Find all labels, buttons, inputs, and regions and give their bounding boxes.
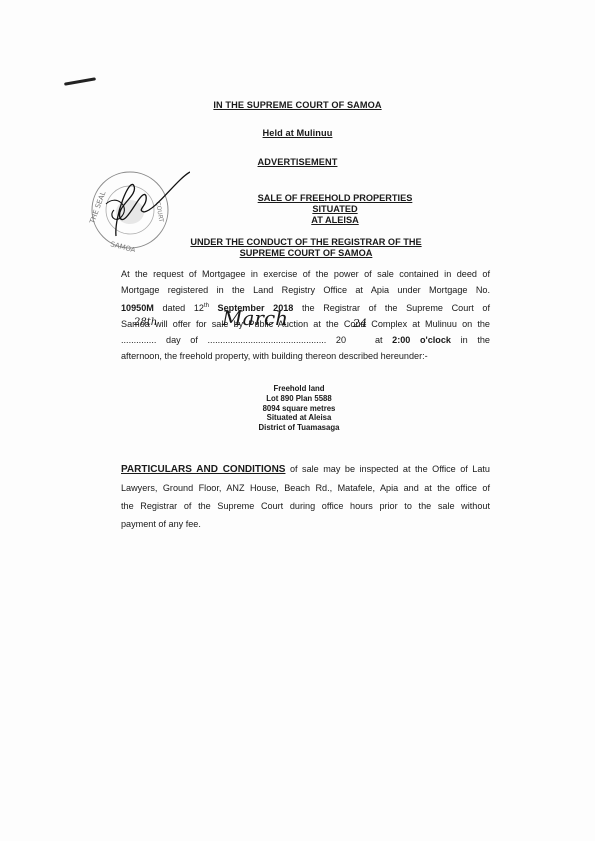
day-of-text: day of [156,335,207,345]
mortgage-number: 10950M [121,303,154,313]
intro-line1: At the request of Mortgagee in exercise … [121,266,490,282]
document-page: IN THE SUPREME COURT OF SAMOA Held at Mu… [0,0,595,841]
conduct-line2: SUPREME COURT OF SAMOA [178,248,434,259]
particulars-line3: the Registrar of the Supreme Court durin… [121,497,490,515]
particulars-line4: payment of any fee. [121,515,490,533]
svg-text:SAMOA: SAMOA [109,240,136,252]
held-at: Held at Mulinuu [0,128,595,138]
sale-title-line2: AT ALEISA [250,215,420,226]
day-blank: .............. [121,335,156,345]
property-line: Situated at Aleisa [240,413,358,423]
handwritten-day: 28th [134,317,157,328]
conduct-line1: UNDER THE CONDUCT OF THE REGISTRAR OF TH… [178,237,434,248]
handwritten-year: 24 [353,317,367,330]
property-line: Lot 890 Plan 5588 [240,394,358,404]
particulars-line1: PARTICULARS AND CONDITIONS of sale may b… [121,460,490,479]
property-line: 8094 square metres [240,404,358,414]
handwritten-month: March [222,306,288,330]
intro-line6: afternoon, the freehold property, with b… [121,348,490,364]
particulars-paragraph: PARTICULARS AND CONDITIONS of sale may b… [121,460,490,533]
sale-title: SALE OF FREEHOLD PROPERTIES SITUATED AT … [250,193,420,226]
date-day: 12 [194,303,204,313]
intro-line3-rest: the Registrar of the Supreme Court of [293,303,490,313]
property-line: Freehold land [240,384,358,394]
intro-line4: Samoa will offer for sale by Public Auct… [121,316,490,332]
intro-paragraph: At the request of Mortgagee in exercise … [121,266,490,364]
intro-line2: Mortgage registered in the Land Registry… [121,282,490,298]
court-seal-stamp-icon: THE SEAL COURT SAMOA [86,166,190,252]
month-blank: ........................................… [208,335,327,345]
pen-stroke-mark [64,77,96,86]
auction-time: 2:00 o'clock [392,335,451,345]
particulars-line1-rest: of sale may be inspected at the Office o… [285,464,490,474]
court-heading: IN THE SUPREME COURT OF SAMOA [0,100,595,110]
property-line: District of Tuamasaga [240,423,358,433]
dated-word: dated [154,303,194,313]
intro-line5: .............. day of ..................… [121,332,490,348]
particulars-line2: Lawyers, Ground Floor, ANZ House, Beach … [121,479,490,497]
intro-line3: 10950M dated 12th September 2018 the Reg… [121,298,490,316]
property-description: Freehold land Lot 890 Plan 5588 8094 squ… [240,384,358,433]
svg-text:THE SEAL: THE SEAL [88,190,107,225]
year-prefix: 20 [326,335,346,345]
particulars-heading: PARTICULARS AND CONDITIONS [121,464,285,475]
conduct-heading: UNDER THE CONDUCT OF THE REGISTRAR OF TH… [178,237,434,259]
at-text: at [375,335,392,345]
intro-line5-end: in the [451,335,490,345]
sale-title-line1: SALE OF FREEHOLD PROPERTIES SITUATED [250,193,420,215]
